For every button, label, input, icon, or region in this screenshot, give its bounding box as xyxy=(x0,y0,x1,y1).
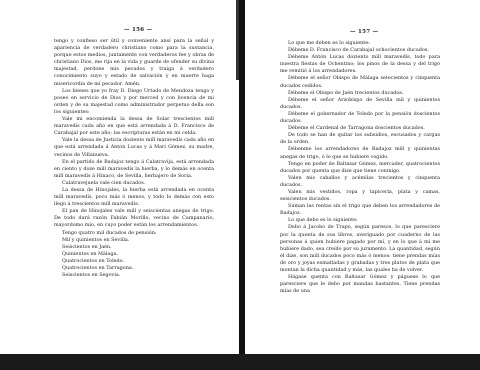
page-body: tengo y confieso ser útil y conveniente … xyxy=(54,38,214,279)
scan-border xyxy=(0,354,480,370)
paragraph: Quinientos en Málaga. xyxy=(54,251,214,258)
paragraph: La dessa de Hinojales, la hierba está ar… xyxy=(54,187,214,208)
paragraph: tengo y confieso ser útil y conveniente … xyxy=(54,38,214,88)
paragraph: Débeme Antón Lucas doziento mill maraved… xyxy=(280,54,440,75)
paragraph: El pan de Hinojales vale mill y seiscien… xyxy=(54,208,214,229)
paragraph: Calatravejuela vale cien ducados. xyxy=(54,180,214,187)
paragraph: Valen mis caballos y acémilas trecientos… xyxy=(280,175,440,189)
paragraph: Suman las rentas sin el trigo que deben … xyxy=(280,203,440,217)
page-number: — 157 — xyxy=(350,29,378,35)
page-body: Lo que me deben es lo siguiente:Débeme D… xyxy=(280,40,440,295)
book-spine-gutter xyxy=(239,0,245,354)
paragraph: Tengo en poder de Baltasar Gómez, mercad… xyxy=(280,161,440,175)
paragraph: Valen mis vestidos, ropa y tapicería, pl… xyxy=(280,189,440,203)
paragraph: Débeme el Cardenal de Tarragona doscient… xyxy=(280,125,440,132)
left-page: — 156 — tengo y confieso ser útil y conv… xyxy=(0,0,240,354)
paragraph: Vale la dessa de Justicia doziento mill … xyxy=(54,137,214,158)
page-number: — 156 — xyxy=(124,27,152,33)
paragraph: Seiscientos en Jaén. xyxy=(54,244,214,251)
paragraph: Seiscientos en Segovia. xyxy=(54,272,214,279)
paragraph: Débeme el gobernador de Toledo por la pe… xyxy=(280,111,440,125)
paragraph: Débeme el Obispo de Jaén trecientos duca… xyxy=(280,90,440,97)
paragraph: De todo se han de quitar los subsidios, … xyxy=(280,132,440,146)
paragraph: Débeme el señor Obispo de Málaga setecie… xyxy=(280,75,440,89)
paragraph: Vale mi encomienda la dessa de Solar tre… xyxy=(54,116,214,137)
paragraph: Tengo quatro mil ducados de pensión: xyxy=(54,230,214,237)
paragraph: Los bienes que yo fray D. Diego Urtado d… xyxy=(54,88,214,116)
paragraph: Mil y quinientos en Sevilla. xyxy=(54,237,214,244)
paragraph: En el partido de Badajoz tengo á Calatra… xyxy=(54,159,214,180)
paragraph: Quatrocientos en Tarragona. xyxy=(54,265,214,272)
right-page: — 157 — Lo que me deben es lo siguiente:… xyxy=(240,0,480,354)
paragraph: Débeme el señor Arzobispo de Sevilla mil… xyxy=(280,97,440,111)
paragraph: Débenme los arrendadores de Badajoz mill… xyxy=(280,146,440,160)
paragraph: Debo á Jacobo de Trapo, según paresce, l… xyxy=(280,224,440,274)
paragraph: Quatrocientos en Toledo. xyxy=(54,258,214,265)
paragraph: Hágase quenta con Baltasar Gómez y págue… xyxy=(280,274,440,295)
